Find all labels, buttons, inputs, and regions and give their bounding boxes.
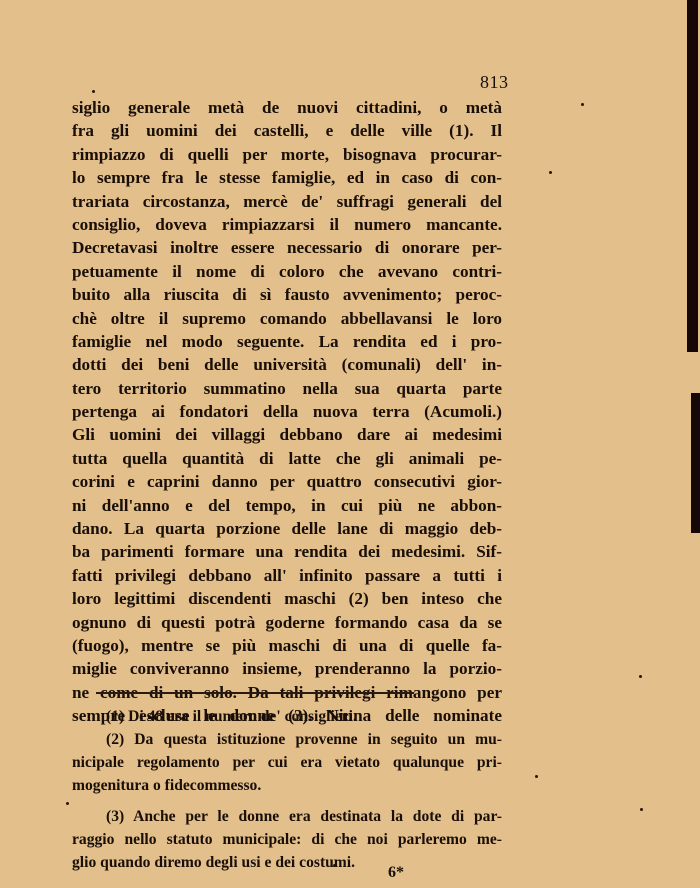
paper-speck xyxy=(333,864,336,867)
page-edge-shadow-middle xyxy=(691,393,700,533)
body-line: dano. La quarta porzione delle lane di m… xyxy=(72,517,502,540)
paper-speck xyxy=(66,802,69,805)
main-body-text: siglio generale metà de nuovi cittadini,… xyxy=(72,96,502,728)
body-line: corini e caprini danno per quattro conse… xyxy=(72,470,502,493)
body-line: trariata circostanza, mercè de' suffragi… xyxy=(72,190,502,213)
body-line: (fuogo), mentre se più maschi di una di … xyxy=(72,634,502,657)
footnote-2-line: mogenitura o fidecommesso. xyxy=(72,774,502,797)
body-line: rimpiazzo di quelli per morte, bisognava… xyxy=(72,143,502,166)
paper-speck xyxy=(535,775,538,778)
body-line: ba parimenti formare una rendita dei med… xyxy=(72,540,502,563)
body-line: ognuno di questi potrà goderne formando … xyxy=(72,611,502,634)
page-number: 813 xyxy=(480,72,509,93)
scanned-book-page: 813 siglio generale metà de nuovi cittad… xyxy=(0,0,700,888)
footnote-3-line: raggio nello statuto municipale: di che … xyxy=(72,828,502,851)
body-line: tero territorio summatino nella sua quar… xyxy=(72,377,502,400)
body-line: fatti privilegi debbano all' infinito pa… xyxy=(72,564,502,587)
body-line: Gli uomini dei villaggi debbano dare ai … xyxy=(72,423,502,446)
body-line: loro legittimi discendenti maschi (2) be… xyxy=(72,587,502,610)
body-line: fra gli uomini dei castelli, e delle vil… xyxy=(72,119,502,142)
body-line: petuamente il nome di coloro che avevano… xyxy=(72,260,502,283)
body-line: buito alla riuscita di sì fausto avvenim… xyxy=(72,283,502,306)
paper-speck xyxy=(640,808,643,811)
footnote-2-line: nicipale regolamento per cui era vietato… xyxy=(72,751,502,774)
body-line: lo sempre fra le stesse famiglie, ed in … xyxy=(72,166,502,189)
body-line: consiglio, doveva rimpiazzarsi il numero… xyxy=(72,213,502,236)
footnote-1-line: (1) Di 48 era il numero de' consiglieri. xyxy=(72,705,502,728)
signature-mark: 6* xyxy=(388,864,404,882)
body-line: Decretavasi inoltre essere necessario di… xyxy=(72,236,502,259)
body-line: dotti dei beni delle università (comunal… xyxy=(72,353,502,376)
body-line: miglie conviveranno insieme, prenderanno… xyxy=(72,657,502,680)
paper-speck xyxy=(92,90,95,93)
paper-speck xyxy=(581,103,584,106)
paper-speck xyxy=(639,675,642,678)
body-line: chè oltre il supremo comando abbellavans… xyxy=(72,307,502,330)
footnote-separator-rule xyxy=(96,692,414,694)
paper-speck xyxy=(549,171,552,174)
footnote-2-line: (2) Da questa istituzione provenne in se… xyxy=(72,728,502,751)
body-line: ni dell'anno e del tempo, in cui più ne … xyxy=(72,494,502,517)
footnote-3-line: (3) Anche per le donne era destinata la … xyxy=(72,805,502,828)
body-line: siglio generale metà de nuovi cittadini,… xyxy=(72,96,502,119)
footnote-3-line: glio quando diremo degli usi e dei costu… xyxy=(72,851,502,874)
body-line: tutta quella quantità di latte che gli a… xyxy=(72,447,502,470)
body-line: famiglie nel modo seguente. La rendita e… xyxy=(72,330,502,353)
page-edge-shadow-top xyxy=(687,0,698,352)
body-line: pertenga ai fondatori della nuova terra … xyxy=(72,400,502,423)
footnote-spacer xyxy=(72,797,502,805)
footnotes: (1) Di 48 era il numero de' consiglieri.… xyxy=(72,705,502,874)
